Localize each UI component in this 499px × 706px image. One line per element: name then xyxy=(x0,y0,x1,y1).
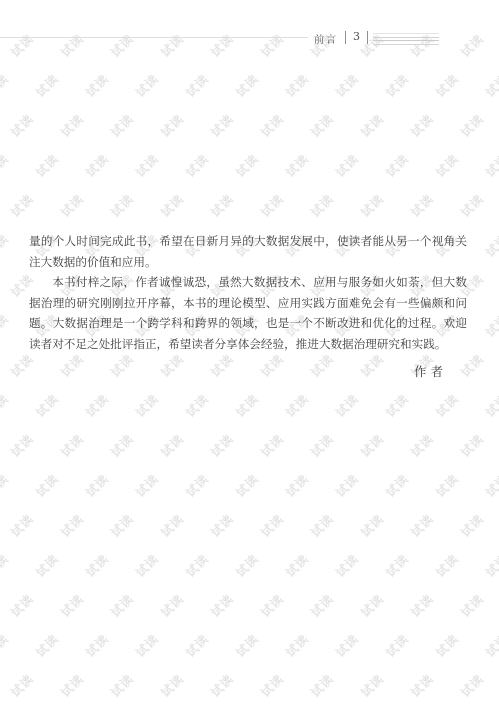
watermark-text: 试读 xyxy=(332,70,362,100)
watermark-text: 试读 xyxy=(407,590,437,620)
watermark-text: 试读 xyxy=(232,550,262,580)
watermark-text: 试读 xyxy=(7,670,37,700)
watermark-text: 试读 xyxy=(307,670,337,700)
header-separator-bar xyxy=(345,31,346,44)
watermark-text: 试读 xyxy=(382,150,412,180)
watermark-text: 试读 xyxy=(382,630,412,660)
watermark-text: 试读 xyxy=(357,350,387,380)
watermark-text: 试读 xyxy=(57,190,87,220)
watermark-text: 试读 xyxy=(0,310,12,340)
watermark-text: 试读 xyxy=(132,470,162,500)
watermark-text: 试读 xyxy=(32,470,62,500)
watermark-text: 试读 xyxy=(132,630,162,660)
watermark-text: 试读 xyxy=(282,390,312,420)
watermark-text: 试读 xyxy=(207,350,237,380)
watermark-text: 试读 xyxy=(482,550,499,580)
watermark-text: 试读 xyxy=(457,510,487,540)
watermark-text: 试读 xyxy=(457,190,487,220)
watermark-text: 试读 xyxy=(257,430,287,460)
watermark-text: 试读 xyxy=(307,350,337,380)
watermark-text: 试读 xyxy=(257,30,287,60)
watermark-text: 试读 xyxy=(457,30,487,60)
watermark-text: 试读 xyxy=(182,470,212,500)
watermark-text: 试读 xyxy=(482,150,499,180)
watermark-text: 试读 xyxy=(0,70,12,100)
watermark-text: 试读 xyxy=(32,390,62,420)
watermark-text: 试读 xyxy=(432,390,462,420)
header-separator-bar xyxy=(367,31,368,44)
watermark-text: 试读 xyxy=(257,350,287,380)
watermark-text: 试读 xyxy=(482,230,499,260)
watermark-text: 试读 xyxy=(157,510,187,540)
watermark-text: 试读 xyxy=(232,470,262,500)
header-page-number: 3 xyxy=(353,30,360,43)
watermark-text: 试读 xyxy=(482,310,499,340)
watermark-text: 试读 xyxy=(407,110,437,140)
watermark-text: 试读 xyxy=(32,550,62,580)
header-section-title: 前言 xyxy=(314,31,338,46)
watermark-text: 试读 xyxy=(132,390,162,420)
watermark-text: 试读 xyxy=(7,30,37,60)
watermark-text: 试读 xyxy=(482,630,499,660)
watermark-text: 试读 xyxy=(7,590,37,620)
watermark-text: 试读 xyxy=(282,70,312,100)
watermark-text: 试读 xyxy=(457,670,487,700)
watermark-text: 试读 xyxy=(0,550,12,580)
watermark-text: 试读 xyxy=(257,190,287,220)
header-rule-line xyxy=(373,44,439,45)
watermark-text: 试读 xyxy=(0,390,12,420)
watermark-text: 试读 xyxy=(57,510,87,540)
watermark-text: 试读 xyxy=(82,390,112,420)
header-rule-line xyxy=(373,33,439,34)
watermark-text: 试读 xyxy=(432,70,462,100)
watermark-text: 试读 xyxy=(57,590,87,620)
watermark-text: 试读 xyxy=(457,350,487,380)
watermark-text: 试读 xyxy=(0,230,12,260)
watermark-text: 试读 xyxy=(407,190,437,220)
watermark-text: 试读 xyxy=(232,70,262,100)
preface-body-text: 量的个人时间完成此书，希望在日新月异的大数据发展中，使读者能从另一个视角关注大数… xyxy=(29,231,467,355)
watermark-text: 试读 xyxy=(482,70,499,100)
watermark-text: 试读 xyxy=(357,430,387,460)
book-page: 试读试读试读试读试读试读试读试读试读试读试读试读试读试读试读试读试读试读试读试读… xyxy=(0,0,499,706)
watermark-text: 试读 xyxy=(257,510,287,540)
watermark-text: 试读 xyxy=(182,150,212,180)
watermark-text: 试读 xyxy=(157,430,187,460)
watermark-text: 试读 xyxy=(107,110,137,140)
watermark-text: 试读 xyxy=(332,470,362,500)
watermark-text: 试读 xyxy=(157,110,187,140)
watermark-text: 试读 xyxy=(32,150,62,180)
watermark-text: 试读 xyxy=(0,630,12,660)
watermark-text: 试读 xyxy=(32,630,62,660)
watermark-text: 试读 xyxy=(432,550,462,580)
watermark-text: 试读 xyxy=(357,110,387,140)
watermark-text: 试读 xyxy=(307,590,337,620)
watermark-text: 试读 xyxy=(282,470,312,500)
header-rule-line xyxy=(373,37,439,38)
watermark-text: 试读 xyxy=(457,590,487,620)
watermark-text: 试读 xyxy=(82,470,112,500)
watermark-text: 试读 xyxy=(157,30,187,60)
watermark-text: 试读 xyxy=(57,670,87,700)
watermark-text: 试读 xyxy=(382,550,412,580)
watermark-text: 试读 xyxy=(357,590,387,620)
header-rule-right-group xyxy=(373,33,439,47)
watermark-text: 试读 xyxy=(382,470,412,500)
watermark-text: 试读 xyxy=(7,430,37,460)
watermark-text: 试读 xyxy=(332,550,362,580)
watermark-text: 试读 xyxy=(207,190,237,220)
watermark-text: 试读 xyxy=(357,510,387,540)
watermark-text: 试读 xyxy=(107,510,137,540)
author-signature: 作者 xyxy=(414,362,447,380)
watermark-text: 试读 xyxy=(82,150,112,180)
watermark-text: 试读 xyxy=(407,510,437,540)
watermark-text: 试读 xyxy=(57,350,87,380)
watermark-text: 试读 xyxy=(282,630,312,660)
watermark-text: 试读 xyxy=(57,30,87,60)
watermark-text: 试读 xyxy=(307,110,337,140)
watermark-text: 试读 xyxy=(132,150,162,180)
watermark-text: 试读 xyxy=(157,350,187,380)
watermark-text: 试读 xyxy=(232,150,262,180)
watermark-text: 试读 xyxy=(82,70,112,100)
watermark-text: 试读 xyxy=(382,70,412,100)
watermark-text: 试读 xyxy=(32,70,62,100)
header-rule-line xyxy=(373,40,439,41)
watermark-text: 试读 xyxy=(182,550,212,580)
watermark-text: 试读 xyxy=(332,630,362,660)
watermark-text: 试读 xyxy=(7,350,37,380)
watermark-text: 试读 xyxy=(432,150,462,180)
watermark-text: 试读 xyxy=(382,390,412,420)
watermark-text: 试读 xyxy=(207,110,237,140)
paragraph: 本书付梓之际，作者诚惶诚恐，虽然大数据技术、应用与服务如火如荼，但大数据治理的研… xyxy=(29,272,467,354)
watermark-text: 试读 xyxy=(282,150,312,180)
watermark-text: 试读 xyxy=(207,510,237,540)
watermark-text: 试读 xyxy=(407,670,437,700)
watermark-text: 试读 xyxy=(257,670,287,700)
watermark-text: 试读 xyxy=(82,630,112,660)
watermark-text: 试读 xyxy=(407,430,437,460)
watermark-text: 试读 xyxy=(482,470,499,500)
watermark-text: 试读 xyxy=(132,70,162,100)
watermark-text: 试读 xyxy=(7,190,37,220)
watermark-text: 试读 xyxy=(107,670,137,700)
watermark-text: 试读 xyxy=(357,670,387,700)
watermark-text: 试读 xyxy=(257,110,287,140)
watermark-text: 试读 xyxy=(0,150,12,180)
watermark-text: 试读 xyxy=(107,350,137,380)
watermark-text: 试读 xyxy=(207,670,237,700)
watermark-text: 试读 xyxy=(332,150,362,180)
watermark-text: 试读 xyxy=(307,190,337,220)
watermark-text: 试读 xyxy=(357,190,387,220)
watermark-text: 试读 xyxy=(232,630,262,660)
watermark-text: 试读 xyxy=(182,630,212,660)
watermark-text: 试读 xyxy=(207,30,237,60)
watermark-text: 试读 xyxy=(107,590,137,620)
watermark-text: 试读 xyxy=(307,510,337,540)
watermark-text: 试读 xyxy=(307,430,337,460)
paragraph-continuation: 量的个人时间完成此书，希望在日新月异的大数据发展中，使读者能从另一个视角关注大数… xyxy=(29,231,467,272)
header-rule-left xyxy=(0,37,308,38)
watermark-text: 试读 xyxy=(232,390,262,420)
watermark-text: 试读 xyxy=(207,590,237,620)
watermark-text: 试读 xyxy=(432,630,462,660)
watermark-text: 试读 xyxy=(57,430,87,460)
watermark-text: 试读 xyxy=(57,110,87,140)
watermark-text: 试读 xyxy=(157,670,187,700)
watermark-text: 试读 xyxy=(7,110,37,140)
watermark-text: 试读 xyxy=(7,510,37,540)
watermark-text: 试读 xyxy=(182,390,212,420)
watermark-text: 试读 xyxy=(457,110,487,140)
watermark-text: 试读 xyxy=(182,70,212,100)
watermark-text: 试读 xyxy=(482,390,499,420)
watermark-text: 试读 xyxy=(157,590,187,620)
watermark-text: 试读 xyxy=(107,190,137,220)
watermark-text: 试读 xyxy=(107,430,137,460)
watermark-text: 试读 xyxy=(82,550,112,580)
watermark-text: 试读 xyxy=(207,430,237,460)
watermark-text: 试读 xyxy=(457,430,487,460)
watermark-text: 试读 xyxy=(432,470,462,500)
watermark-text: 试读 xyxy=(332,390,362,420)
watermark-text: 试读 xyxy=(107,30,137,60)
watermark-text: 试读 xyxy=(132,550,162,580)
watermark-text: 试读 xyxy=(257,590,287,620)
watermark-text: 试读 xyxy=(157,190,187,220)
watermark-text: 试读 xyxy=(0,470,12,500)
watermark-text: 试读 xyxy=(282,550,312,580)
